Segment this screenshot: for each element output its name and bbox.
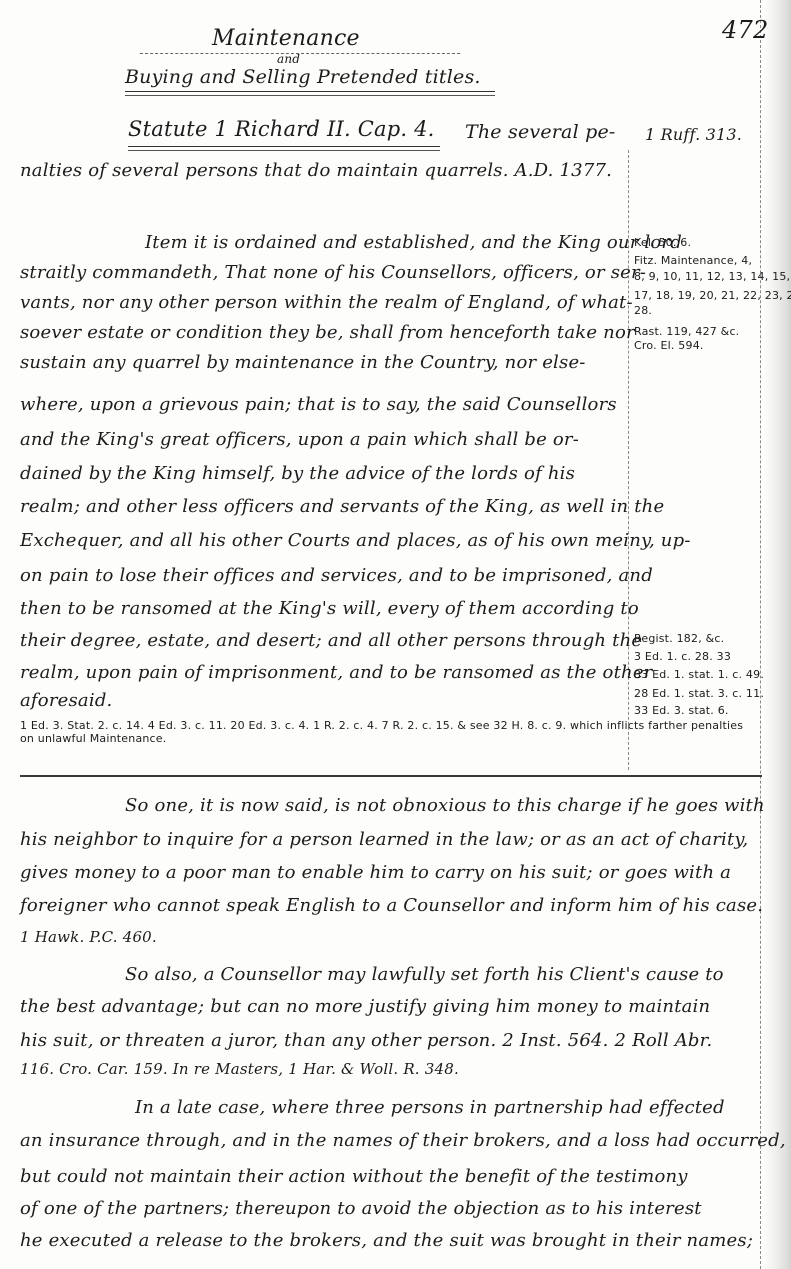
statute-line: where, upon a grievous pain; that is to …: [20, 394, 617, 415]
statute-line: Exchequer, and all his other Courts and …: [20, 530, 691, 551]
statute-line: sustain any quarrel by maintenance in th…: [20, 352, 586, 373]
margin-note-top: 1 Ruff. 313.: [645, 125, 742, 144]
commentary-line: his suit, or threaten a juror, than any …: [20, 1030, 712, 1051]
statute-underline: [128, 146, 440, 147]
statute-line: and the King's great officers, upon a pa…: [20, 429, 579, 450]
margin-note: 28 Ed. 1. stat. 3. c. 11.: [634, 687, 764, 700]
statute-heading: Statute 1 Richard II. Cap. 4.: [128, 117, 435, 141]
subtitle-underline: [125, 91, 495, 92]
commentary-line: he executed a release to the brokers, an…: [20, 1230, 753, 1251]
margin-note: Regist. 182, &c.: [634, 632, 724, 645]
margin-note: 17, 18, 19, 20, 21, 22, 23, 25,: [634, 289, 791, 302]
statute-line: aforesaid.: [20, 690, 112, 711]
statute-underline-2: [128, 150, 440, 151]
statute-line: on pain to lose their offices and servic…: [20, 565, 653, 586]
title-conjunction: and: [277, 52, 300, 66]
margin-note: 28.: [634, 304, 652, 317]
right-page-rule: [760, 0, 761, 1269]
page-subtitle: Buying and Selling Pretended titles.: [125, 66, 481, 88]
scan-edge-shadow: [763, 0, 791, 1269]
page-number: 472: [722, 16, 768, 44]
statute-heading-tail: The several pe-: [465, 121, 616, 143]
commentary-line: gives money to a poor man to enable him …: [20, 862, 731, 883]
statute-line: then to be ransomed at the King's will, …: [20, 598, 639, 619]
statute-line: straitly commandeth, That none of his Co…: [20, 262, 646, 283]
margin-note: Rast. 119, 427 &c.: [634, 325, 739, 338]
commentary-line: So also, a Counsellor may lawfully set f…: [125, 964, 724, 985]
commentary-line: In a late case, where three persons in p…: [135, 1097, 725, 1118]
commentary-citation: 1 Hawk. P.C. 460.: [20, 928, 157, 946]
commentary-line: So one, it is now said, is not obnoxious…: [125, 795, 765, 816]
statute-line: vants, nor any other person within the r…: [20, 292, 633, 313]
commentary-line: the best advantage; but can no more just…: [20, 996, 710, 1017]
statute-line: Item it is ordained and established, and…: [145, 232, 682, 253]
footnote-line: 1 Ed. 3. Stat. 2. c. 14. 4 Ed. 3. c. 11.…: [20, 719, 743, 732]
margin-note: Fitz. Maintenance, 4,: [634, 254, 752, 267]
statute-line: realm; and other less officers and serva…: [20, 496, 664, 517]
margin-note: Cro. El. 594.: [634, 339, 704, 352]
margin-note: 33 Ed. 1. stat. 1. c. 49.: [634, 668, 764, 681]
statute-line: soever estate or condition they be, shal…: [20, 322, 635, 343]
statute-heading-line2: nalties of several persons that do maint…: [20, 160, 612, 181]
commentary-line: of one of the partners; thereupon to avo…: [20, 1198, 702, 1219]
section-divider: [20, 775, 762, 777]
margin-note: 8, 9, 10, 11, 12, 13, 14, 15, 16,: [634, 270, 791, 283]
footnote-line: on unlawful Maintenance.: [20, 732, 166, 745]
commentary-citation: 116. Cro. Car. 159. In re Masters, 1 Har…: [20, 1060, 459, 1078]
statute-line: realm, upon pain of imprisonment, and to…: [20, 662, 652, 683]
commentary-line: but could not maintain their action with…: [20, 1166, 688, 1187]
subtitle-underline-2: [125, 95, 495, 96]
commentary-line: his neighbor to inquire for a person lea…: [20, 829, 748, 850]
commentary-line: an insurance through, and in the names o…: [20, 1130, 786, 1151]
commentary-line: foreigner who cannot speak English to a …: [20, 895, 763, 916]
page-title: Maintenance: [212, 26, 360, 51]
manuscript-page: 472 Maintenance and Buying and Selling P…: [0, 0, 791, 1269]
margin-note: 33 Ed. 3. stat. 6.: [634, 704, 729, 717]
statute-line: dained by the King himself, by the advic…: [20, 463, 575, 484]
statute-line: their degree, estate, and desert; and al…: [20, 630, 642, 651]
